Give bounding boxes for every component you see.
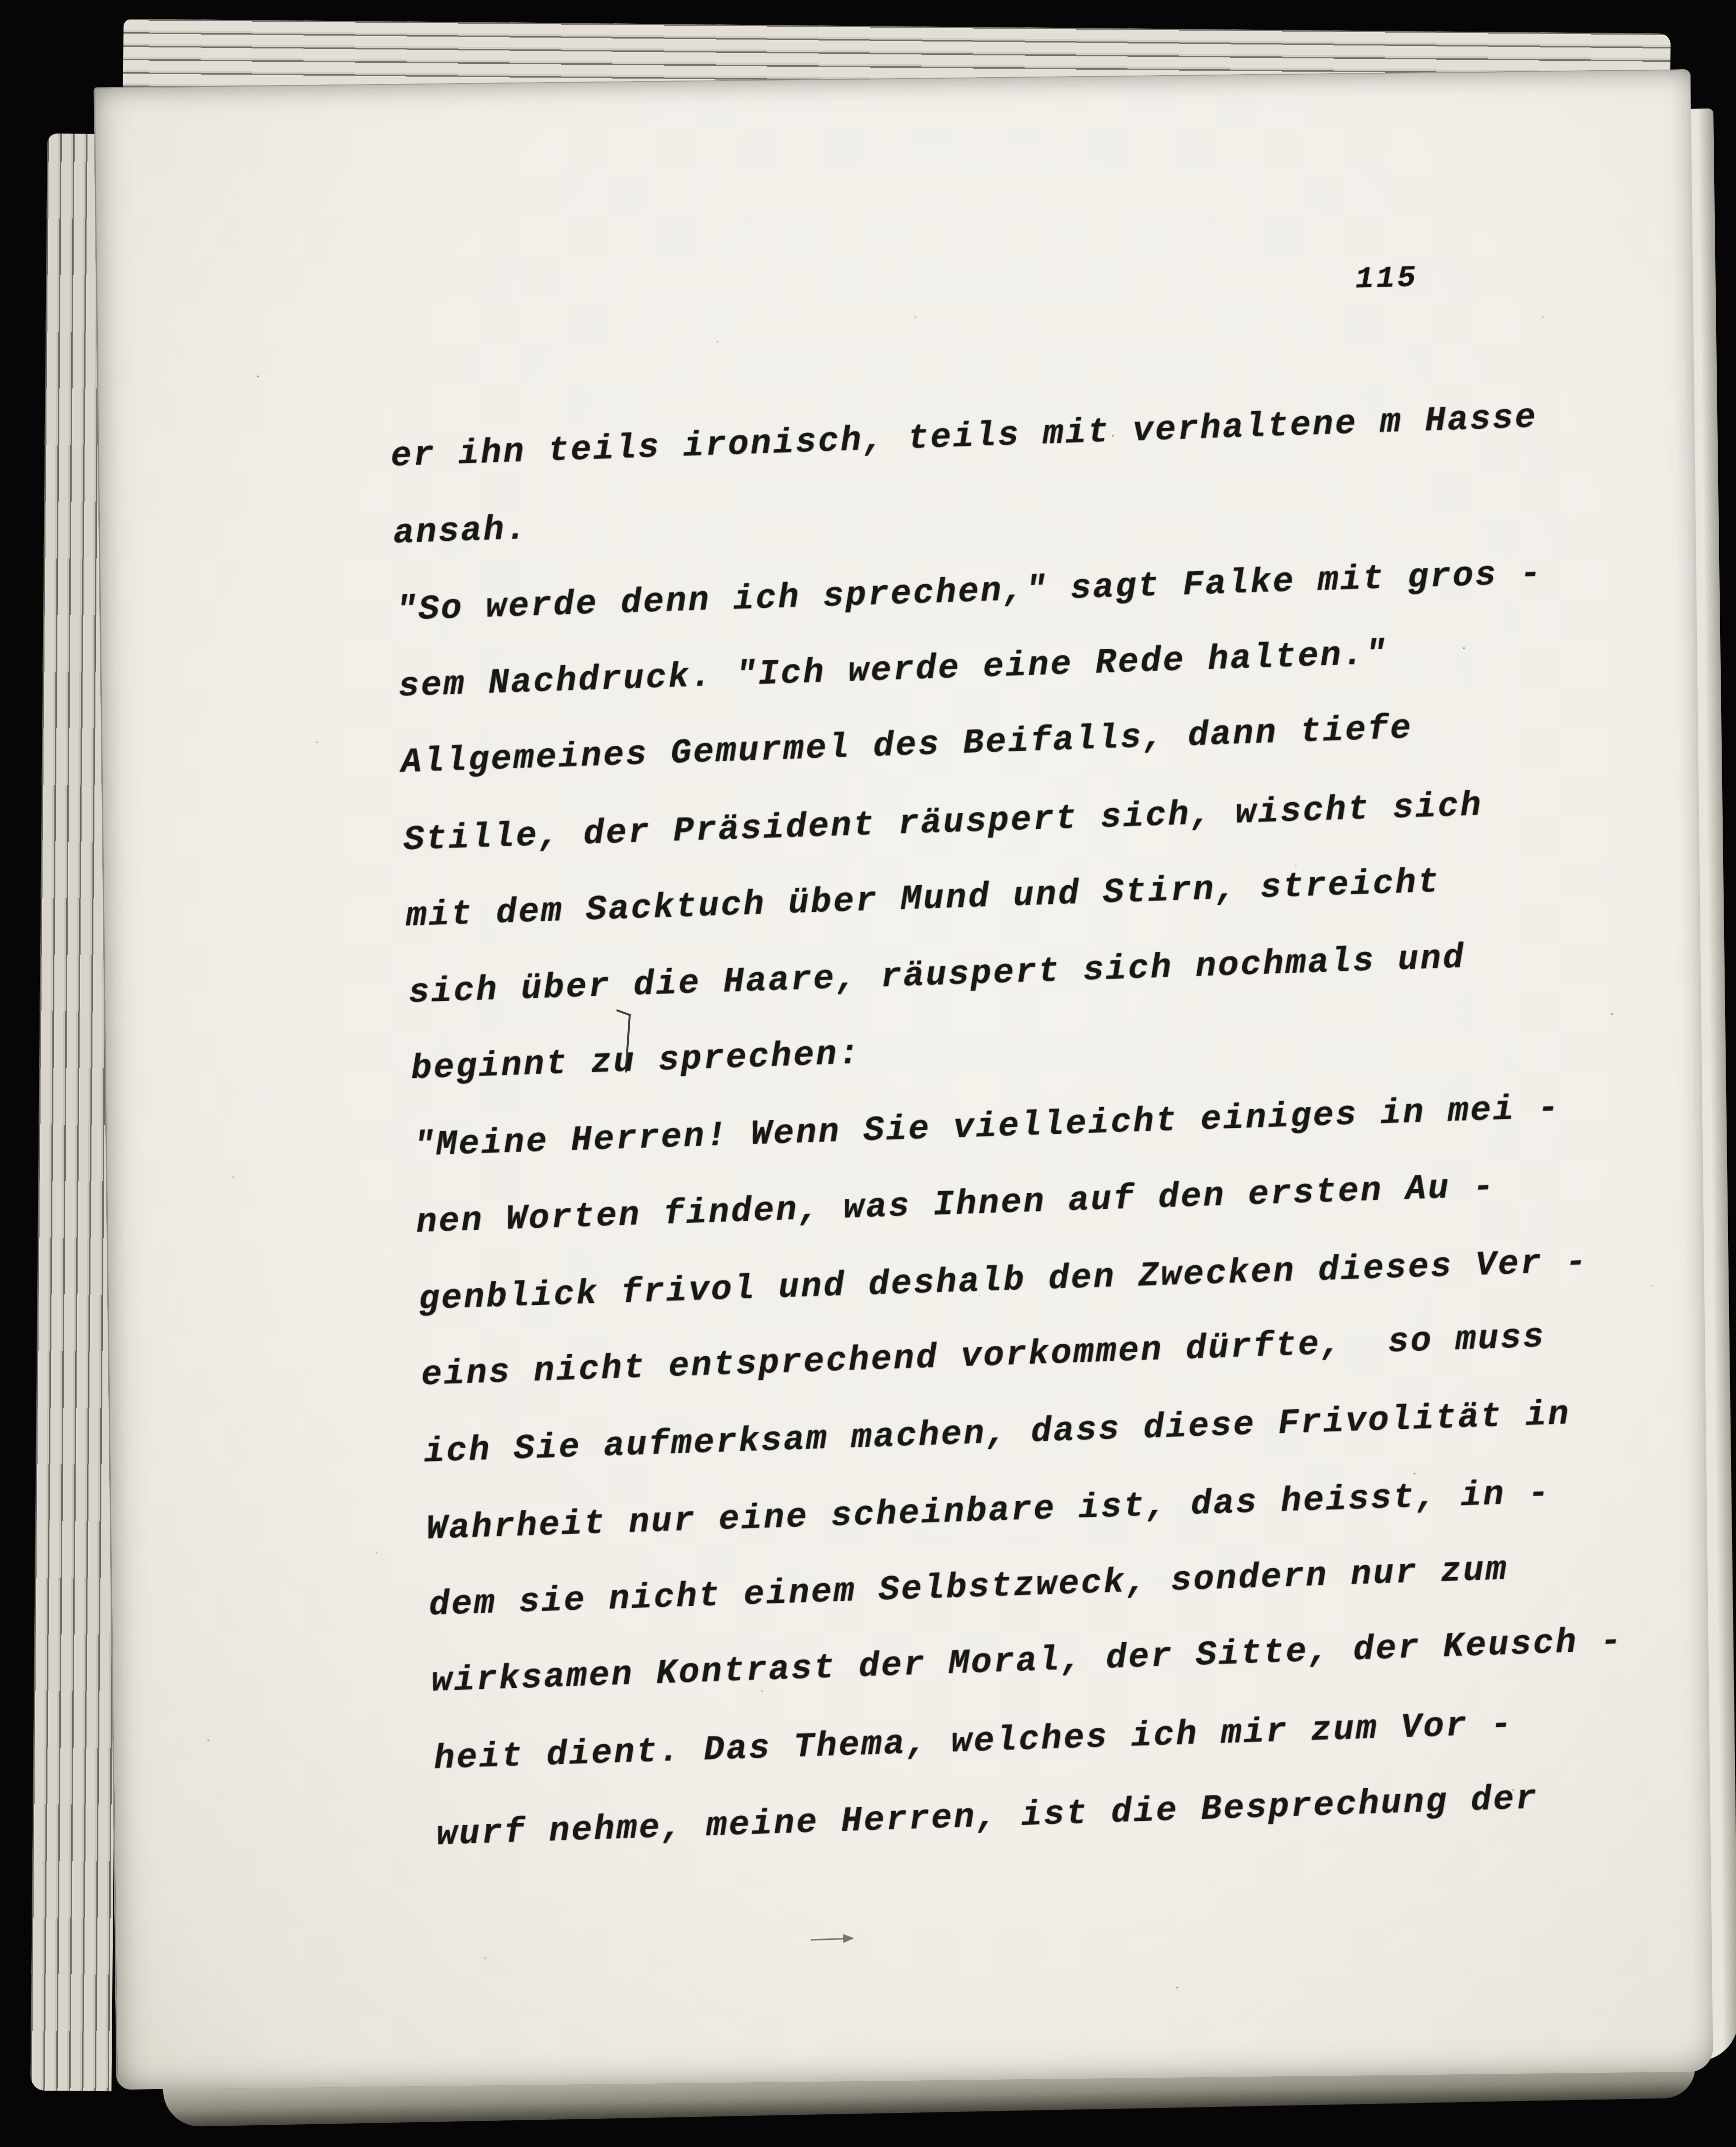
scan-dust-speckles xyxy=(0,0,1,1)
scanned-typescript-page: 115 er ihn teils ironisch, teils mit ver… xyxy=(0,0,1736,2147)
page-number: 115 xyxy=(1355,260,1418,297)
typewritten-text-block: er ihn teils ironisch, teils mit verhalt… xyxy=(390,380,1629,1874)
